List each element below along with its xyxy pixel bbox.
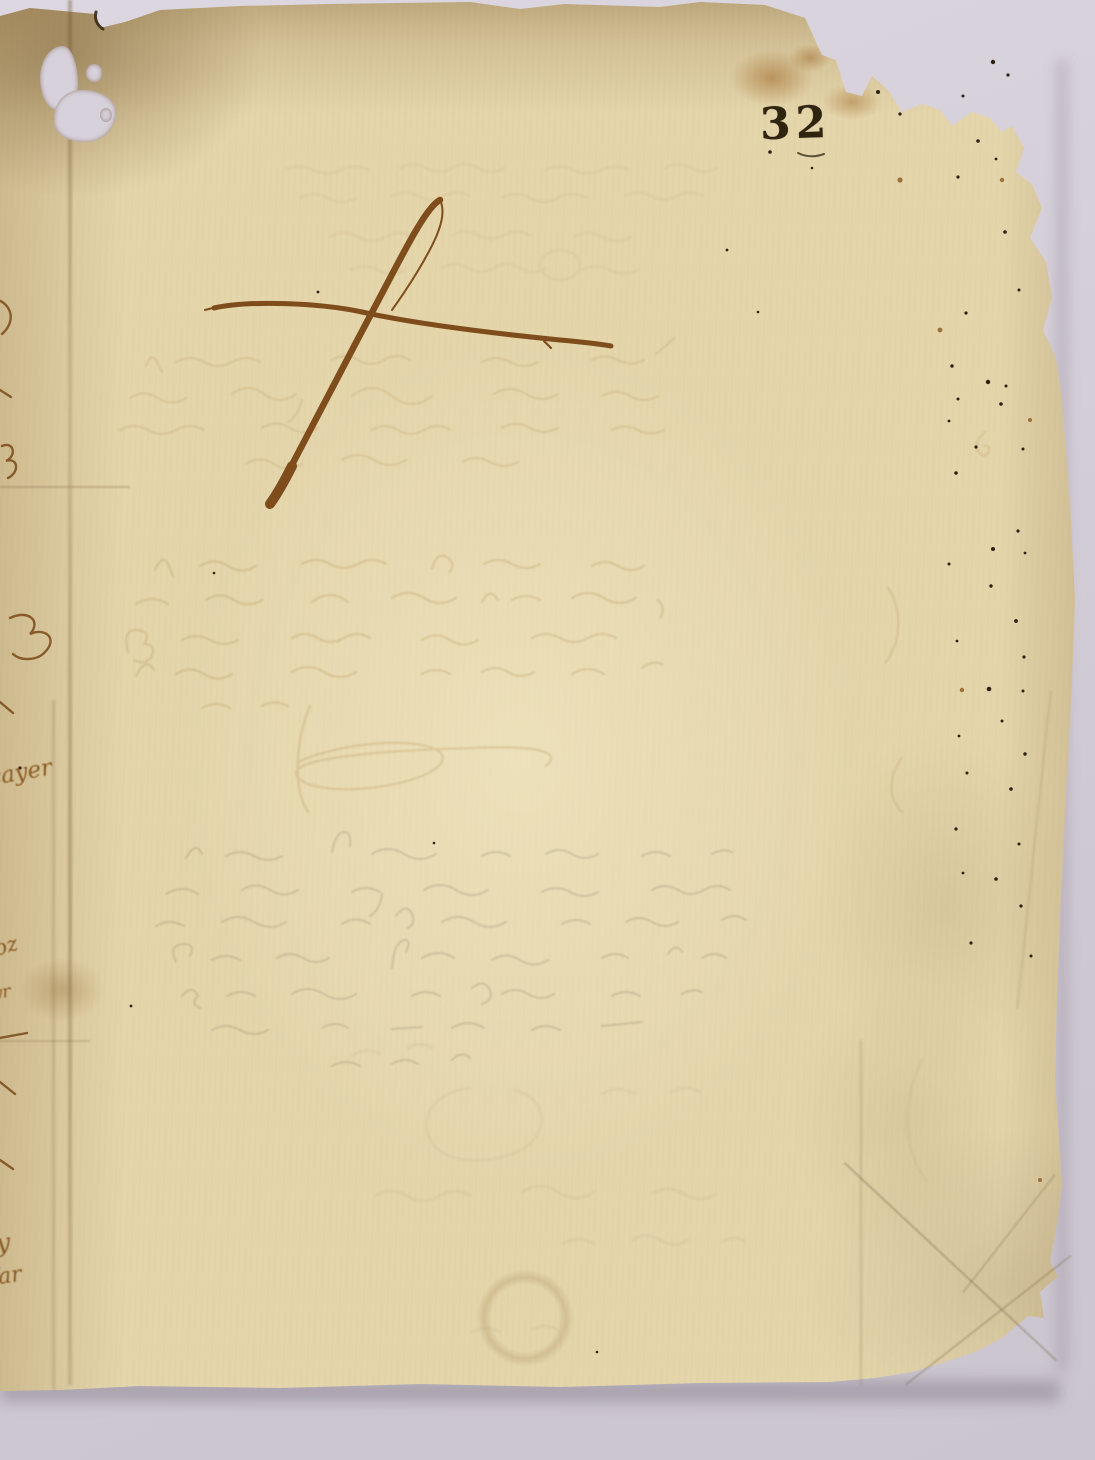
showthrough-faint-top (285, 164, 717, 280)
showthrough-middle-block (126, 432, 989, 812)
margin-fragment: far (0, 1262, 23, 1291)
ink-cross-mark (205, 200, 611, 504)
page-number-flourish (798, 153, 824, 156)
foxing-specks (18, 60, 1032, 1353)
showthrough-upper-block (120, 338, 674, 469)
showthrough-lower-block (156, 832, 746, 1066)
page-number: 32 (759, 101, 832, 147)
top-edge-ink-tick (95, 12, 103, 29)
left-margin-ink-fragments (0, 300, 51, 1169)
ink-marks-overlay (0, 0, 1095, 1460)
rust-specks (897, 177, 1042, 1182)
photo-backdrop: 32 cayer oz yr y far (0, 0, 1095, 1460)
showthrough-bottom-sketches (352, 1044, 927, 1332)
